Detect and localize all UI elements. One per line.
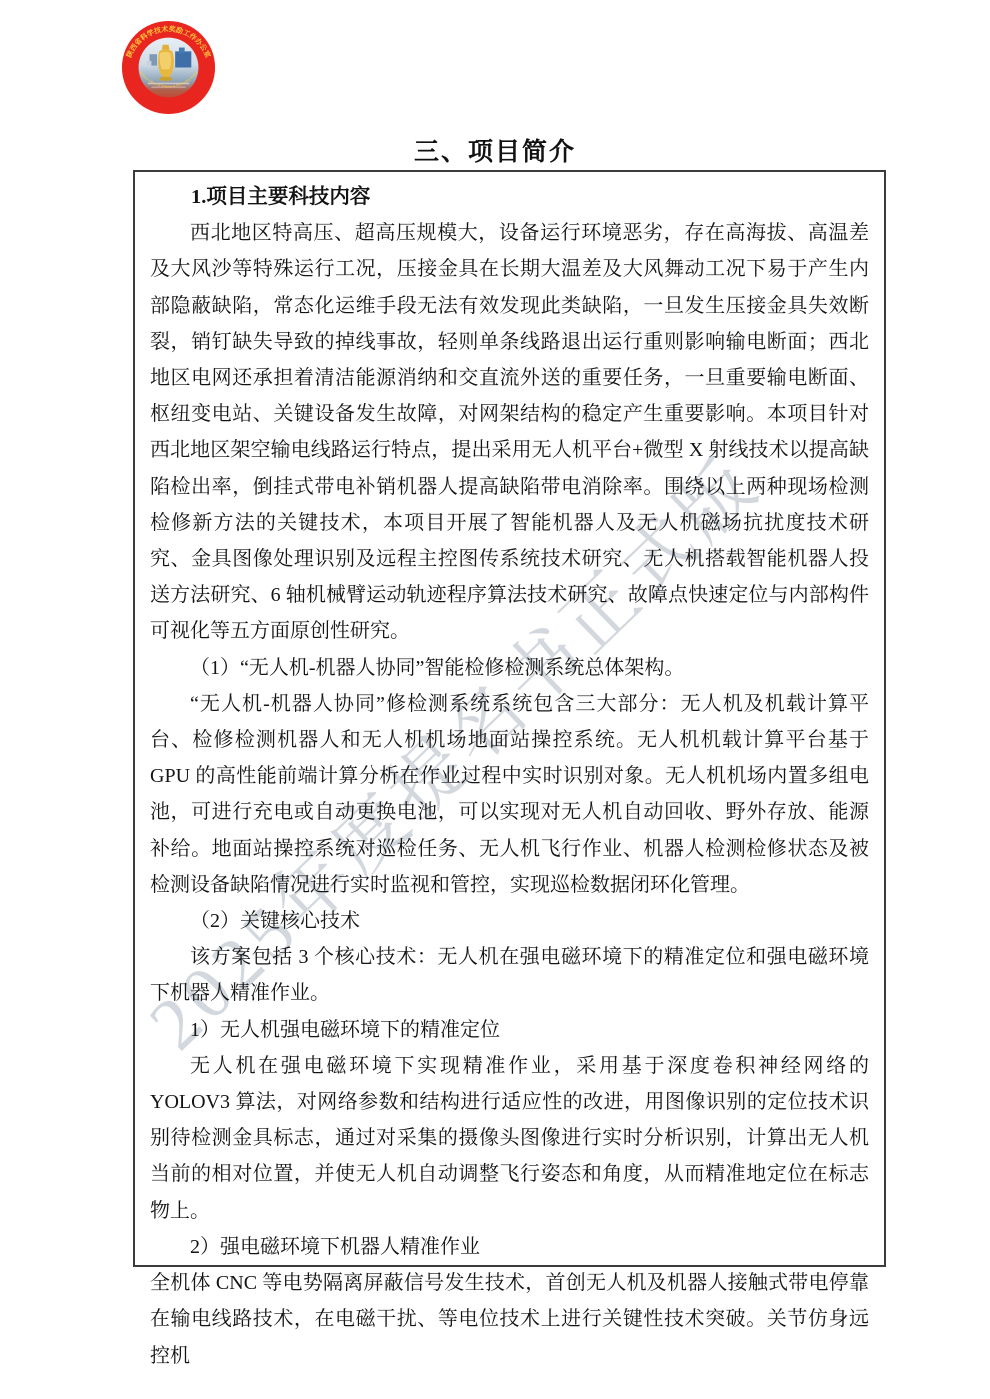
paragraph: 该方案包括 3 个核心技术：无人机在强电磁环境下的精准定位和强电磁环境下机器人精…: [150, 939, 869, 1011]
paragraph: （1）“无人机-机器人协同”智能检修检测系统总体架构。: [150, 650, 869, 686]
paragraph: 2）强电磁环境下机器人精准作业: [150, 1229, 869, 1265]
paragraph: 无人机在强电磁环境下实现精准作业，采用基于深度卷积神经网络的 YOLOV3 算法…: [150, 1048, 869, 1229]
content-heading: 1.项目主要科技内容: [150, 179, 869, 215]
org-seal-logo: 陕西省科学技术奖励工作办公室 Shaanxi Office Of Science…: [121, 20, 216, 115]
paragraph-list: 西北地区特高压、超高压规模大，设备运行环境恶劣，存在高海拔、高温差及大风沙等特殊…: [150, 215, 869, 1374]
paragraph: （2）关键核心技术: [150, 903, 869, 939]
paragraph: 1）无人机强电磁环境下的精准定位: [150, 1012, 869, 1048]
document-page: 陕西省科学技术奖励工作办公室 Shaanxi Office Of Science…: [0, 0, 990, 1399]
page-title: 三、项目简介: [0, 132, 990, 168]
paragraph: 全机体 CNC 等电势隔离屏蔽信号发生技术，首创无人机及机器人接触式带电停靠在输…: [150, 1265, 869, 1374]
paragraph: 西北地区特高压、超高压规模大，设备运行环境恶劣，存在高海拔、高温差及大风沙等特殊…: [150, 215, 869, 649]
paragraph: “无人机-机器人协同”修检测系统系统包含三大部分：无人机及机载计算平台、检修检测…: [150, 686, 869, 903]
seal-icon: 陕西省科学技术奖励工作办公室 Shaanxi Office Of Science…: [121, 20, 216, 115]
content-box: 1.项目主要科技内容 西北地区特高压、超高压规模大，设备运行环境恶劣，存在高海拔…: [133, 170, 886, 1267]
